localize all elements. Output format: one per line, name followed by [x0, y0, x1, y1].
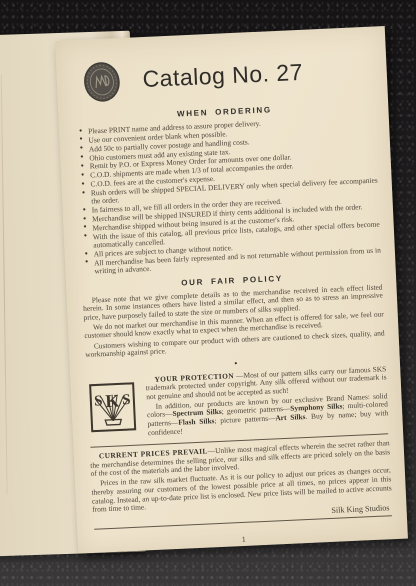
your-protection-section: S K S YOUR PROTECTION —Most of our patte… — [86, 365, 388, 440]
sks-logo-icon: S K S — [86, 376, 137, 438]
page-number: 1 — [94, 528, 394, 551]
svg-text:K: K — [105, 390, 120, 411]
photo-backdrop: Catalog No. 27 WHEN ORDERING Please PRIN… — [0, 0, 416, 586]
svg-text:S: S — [94, 393, 103, 409]
brand-art-silks: Art Silks — [275, 412, 305, 422]
catalog-page: Catalog No. 27 WHEN ORDERING Please PRIN… — [55, 26, 408, 553]
page-header: Catalog No. 27 — [72, 47, 374, 109]
embossed-seal-icon — [82, 60, 122, 109]
protection-part: ; picture patterns— — [214, 413, 275, 425]
brand-flash-silks: Flash Silks — [178, 416, 215, 427]
ordering-list: Please PRINT name and address to assure … — [79, 115, 381, 277]
svg-text:S: S — [122, 392, 131, 408]
protection-text: YOUR PROTECTION —Most of our pattern sil… — [145, 365, 389, 437]
